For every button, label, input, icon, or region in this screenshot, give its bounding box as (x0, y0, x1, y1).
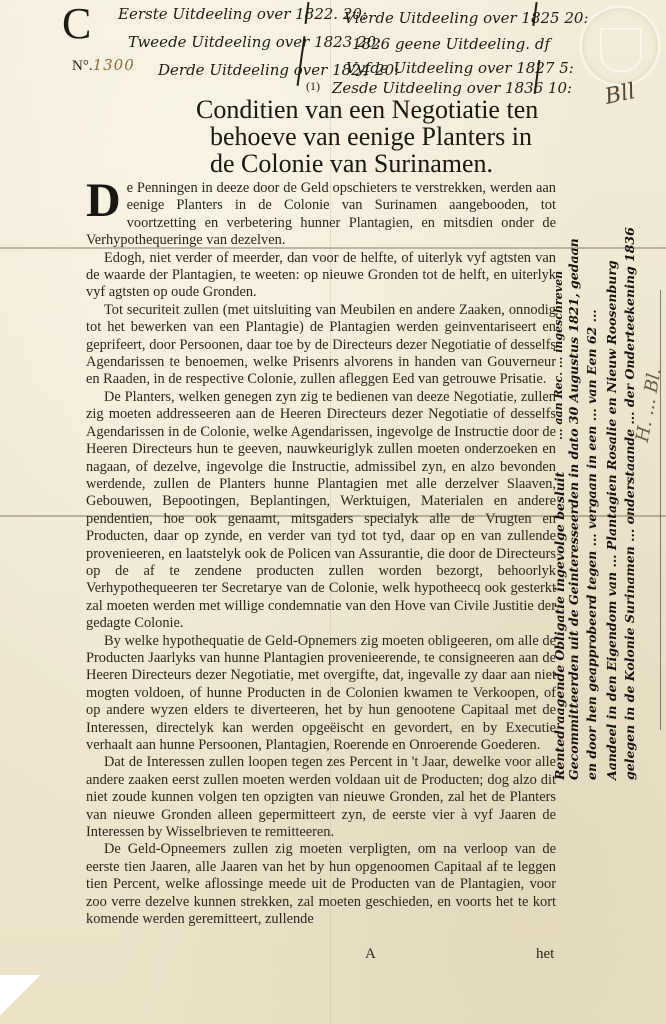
paragraph-1: De Penningen in deeze door de Geld opsch… (86, 180, 556, 250)
margin-note-2: Gecommitteerden uit de Geinteresseerden … (566, 238, 581, 780)
document-title: Conditien van een Negotiatie ten behoeve… (196, 96, 566, 177)
signature-mark: A (365, 946, 376, 963)
payout-2: Tweede Uitdeeling over 1823 20: (128, 34, 381, 50)
title-line-3: de Colonie van Surinamen. (196, 150, 566, 177)
title-line-2: behoeve van eenige Planters in (196, 123, 566, 150)
embossed-seal-icon (580, 6, 660, 86)
serial-prefix: N°. (72, 58, 93, 74)
paragraph-4: De Planters, welken genegen zyn zig te b… (86, 389, 556, 633)
serial-number: N°.1300 (72, 56, 135, 75)
margin-note-3: en door hen geapprobeerd tegen ... verga… (584, 309, 599, 780)
series-letter: C (62, 2, 91, 46)
top-signature: Bll (603, 79, 638, 110)
payout-4-text: Vierde Uitdeeling over 1825 (344, 9, 560, 27)
margin-flourish (660, 290, 661, 730)
payout-3-text: Derde Uitdeeling over 1824 (158, 61, 370, 79)
payout-7-amount: 10: (548, 79, 572, 97)
payout-5: 1826 geene Uitdeeling. df (352, 36, 550, 52)
payout-6-text: Vyfde Uitdeeling over 1827 (346, 59, 554, 77)
margin-note-1: Rentedraagende Obligatie ingevolge beslu… (552, 472, 567, 780)
paragraph-1-text: e Penningen in deeze door de Geld opschi… (86, 180, 556, 248)
margin-note-5: gelegen in de Kolonie Surinamen ... onde… (622, 227, 637, 780)
torn-corner (0, 975, 40, 1024)
document-body: De Penningen in deeze door de Geld opsch… (86, 180, 556, 928)
title-line-1: Conditien van een Negotiatie ten (196, 96, 566, 123)
payout-4: Vierde Uitdeeling over 1825 20: (344, 10, 589, 26)
margin-note-4: Aandeel in den Eigendom van ... Plantagi… (604, 260, 619, 780)
paragraph-2: Edogh, niet verder of meerder, dan voor … (86, 250, 556, 302)
payout-2-text: Tweede Uitdeeling over 1823 (128, 33, 352, 51)
document-page: C N°.1300 Eerste Uitdeeling over 1822. 2… (0, 0, 666, 1024)
page-number: (1) (306, 79, 320, 94)
margin-note-0: ... aan Rec. ... ingeschreven (552, 271, 565, 440)
serial-value: 1300 (93, 56, 135, 74)
payout-1: Eerste Uitdeeling over 1822. 20: (118, 6, 367, 22)
paragraph-6: Dat de Interessen zullen loopen tegen ze… (86, 754, 556, 841)
payout-6-amount: 5: (559, 59, 574, 77)
drop-cap: D (86, 182, 121, 220)
paragraph-7: De Geld-Opneemers zullen zig moeten verp… (86, 841, 556, 928)
paragraph-5: By welke hypothequatie de Geld-Opnemers … (86, 633, 556, 755)
catchword: het (536, 946, 554, 963)
paragraph-3: Tot securiteit zullen (met uitsluiting v… (86, 302, 556, 389)
payout-5-text: 1826 geene Uitdeeling. (352, 35, 530, 53)
payout-5-amount: df (535, 35, 550, 53)
